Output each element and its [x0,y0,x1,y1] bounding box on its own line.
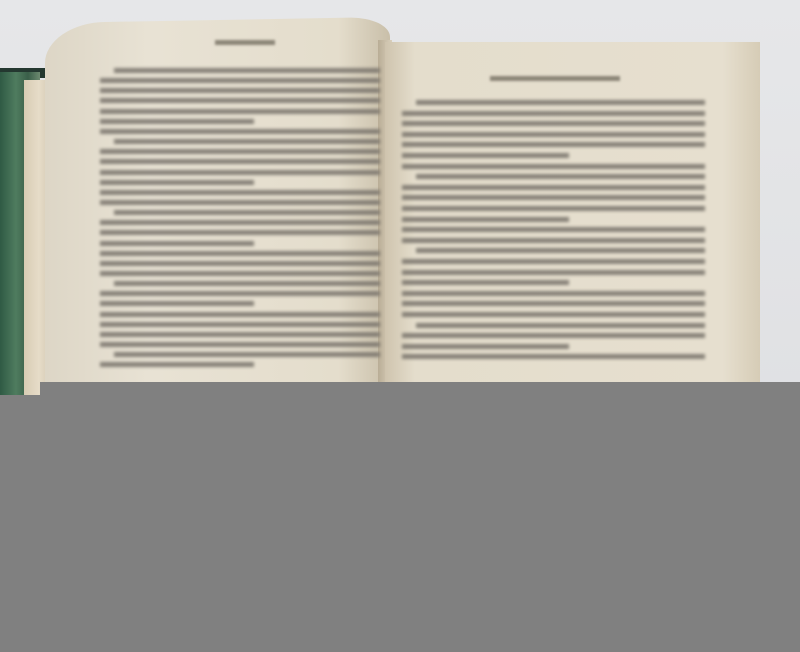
text-line [402,185,705,190]
text-line [402,217,569,222]
text-line [114,352,380,357]
text-line [100,261,380,266]
text-line [100,251,380,256]
text-line [100,220,380,225]
text-line [402,111,705,116]
gray-overlay [40,382,800,652]
text-line [402,164,705,169]
text-line [100,230,380,235]
text-line [114,210,380,215]
text-line [402,301,705,306]
text-line [100,180,254,185]
text-line [100,322,380,327]
text-line [100,291,380,296]
text-line [100,312,380,317]
text-line [402,206,705,211]
text-line [416,100,705,105]
text-line [100,170,380,175]
text-line [402,142,705,147]
text-line [402,227,705,232]
text-line [402,132,705,137]
text-line [100,159,380,164]
text-line [100,332,380,337]
text-line [402,121,705,126]
text-line [100,88,380,93]
gray-overlay-left [0,395,40,652]
text-line [100,109,380,114]
text-line [402,333,705,338]
text-line [402,259,705,264]
text-line [100,119,254,124]
text-line [416,174,705,179]
text-line [100,241,254,246]
text-line [100,301,254,306]
text-line [416,323,705,328]
text-line [100,200,380,205]
text-line [100,342,380,347]
text-line [100,78,380,83]
text-line [402,280,569,285]
text-line [402,270,705,275]
text-line [402,312,705,317]
running-header-left [215,40,275,45]
text-line [100,129,380,134]
text-line [402,291,705,296]
text-line [402,153,569,158]
text-line [402,195,705,200]
text-line [100,190,380,195]
text-line [114,68,380,73]
text-line [100,98,380,103]
text-line [402,344,569,349]
text-line [100,271,380,276]
running-header-right [490,76,620,81]
text-line [402,354,705,359]
text-line [114,139,380,144]
text-line [100,362,254,367]
text-line [402,238,705,243]
text-line [114,281,380,286]
text-line [100,149,380,154]
text-line [416,248,705,253]
